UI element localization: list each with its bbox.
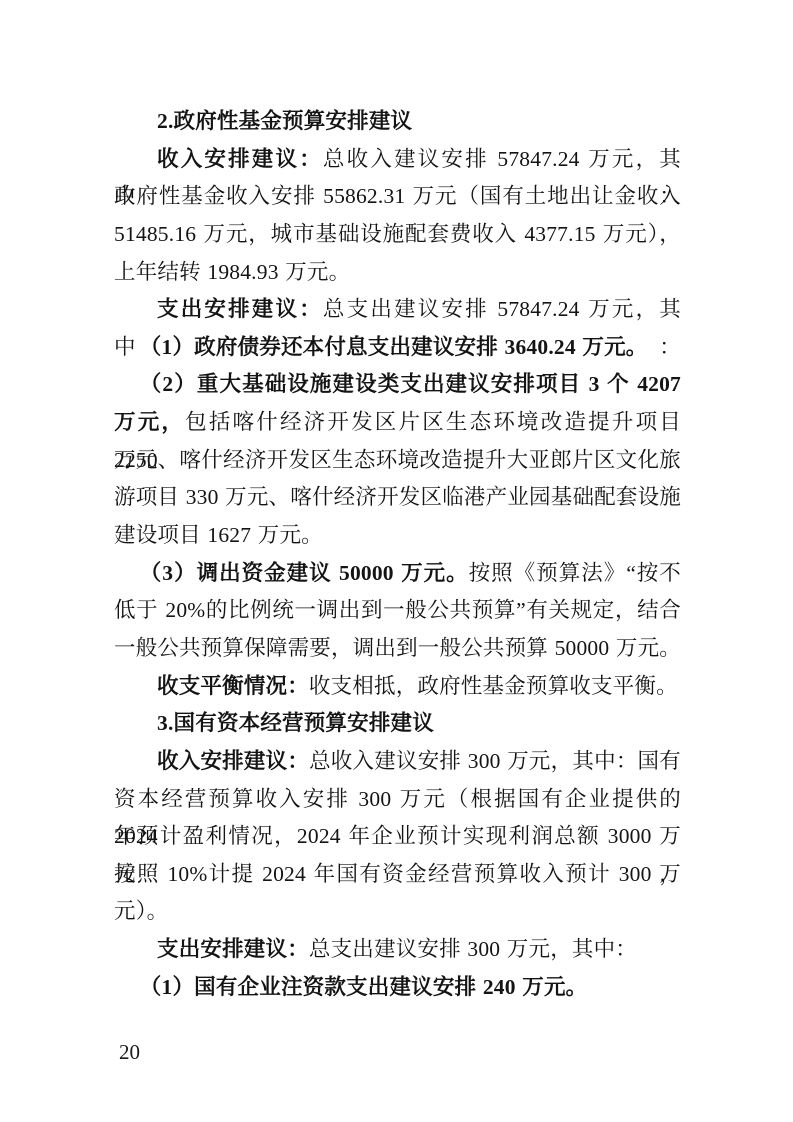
- document-text-block: 2.政府性基金预算安排建议收入安排建议：总收入建议安排 57847.24 万元，…: [114, 103, 681, 1006]
- text-line: 51485.16 万元，城市基础设施配套费收入 4377.15 万元），: [114, 216, 681, 254]
- text-line: 支出安排建议：总支出建议安排 57847.24 万元，其中：: [114, 291, 681, 329]
- text-segment: 万元、喀什经济开发区生态环境改造提升大亚郎片区文化旅: [114, 448, 681, 472]
- text-line: 按照 10%计提 2024 年国有资金经营预算收入预计 300 万: [114, 856, 681, 894]
- text-line: 支出安排建议：总支出建议安排 300 万元，其中：: [114, 931, 681, 969]
- text-segment: 一般公共预算保障需要，调出到一般公共预算 50000 万元。: [114, 636, 681, 660]
- text-segment: 政府性基金收入安排 55862.31 万元（国有土地出让金收入: [114, 184, 681, 208]
- text-segment-bold: （2）重大基础设施建设类支出建议安排项目 3 个 4207: [140, 372, 681, 396]
- text-segment-bold: 万元，: [114, 410, 185, 434]
- text-line: 建设项目 1627 万元。: [114, 517, 681, 555]
- text-line: （1）国有企业注资款支出建议安排 240 万元。: [114, 969, 681, 1007]
- text-line: （2）重大基础设施建设类支出建议安排项目 3 个 4207: [114, 366, 681, 404]
- text-line: 上年结转 1984.93 万元。: [114, 254, 681, 292]
- text-line: 收入安排建议：总收入建议安排 57847.24 万元，其中：: [114, 141, 681, 179]
- text-segment-bold: 3.国有资本经营预算安排建议: [157, 711, 434, 735]
- text-line: 3.国有资本经营预算安排建议: [114, 705, 681, 743]
- text-line: 资本经营预算收入安排 300 万元（根据国有企业提供的 2024: [114, 781, 681, 819]
- text-segment: 收支相抵，政府性基金预算收支平衡。: [309, 674, 678, 698]
- text-segment: 元）。: [114, 899, 168, 923]
- text-segment: 上年结转 1984.93 万元。: [114, 260, 350, 284]
- text-segment-bold: 收支平衡情况：: [157, 674, 309, 698]
- text-segment-bold: 2.政府性基金预算安排建议: [157, 109, 412, 133]
- text-line: 元）。: [114, 893, 681, 931]
- text-line: 万元，包括喀什经济开发区片区生态环境改造提升项目 2250: [114, 404, 681, 442]
- text-line: （3）调出资金建议 50000 万元。按照《预算法》“按不: [114, 555, 681, 593]
- text-segment: 游项目 330 万元、喀什经济开发区临港产业园基础配套设施: [114, 485, 681, 509]
- document-page: 2.政府性基金预算安排建议收入安排建议：总收入建议安排 57847.24 万元，…: [0, 0, 793, 1122]
- text-segment-bold: （3）调出资金建议 50000 万元。: [140, 561, 469, 585]
- text-line: 低于 20%的比例统一调出到一般公共预算”有关规定，结合: [114, 592, 681, 630]
- page-number: 20: [119, 1040, 140, 1065]
- text-line: 游项目 330 万元、喀什经济开发区临港产业园基础配套设施: [114, 479, 681, 517]
- text-segment-bold: （1）国有企业注资款支出建议安排 240 万元。: [140, 975, 588, 999]
- text-segment-bold: 支出安排建议：: [157, 937, 309, 961]
- text-segment: 建设项目 1627 万元。: [114, 523, 323, 547]
- text-segment: 按照 10%计提 2024 年国有资金经营预算收入预计 300 万: [114, 862, 681, 886]
- text-segment: 低于 20%的比例统一调出到一般公共预算”有关规定，结合: [114, 598, 681, 622]
- text-line: 万元、喀什经济开发区生态环境改造提升大亚郎片区文化旅: [114, 442, 681, 480]
- text-segment: 51485.16 万元，城市基础设施配套费收入 4377.15 万元），: [114, 222, 681, 246]
- text-line: 政府性基金收入安排 55862.31 万元（国有土地出让金收入: [114, 178, 681, 216]
- text-line: 一般公共预算保障需要，调出到一般公共预算 50000 万元。: [114, 630, 681, 668]
- text-segment-bold: （1）政府债券还本付息支出建议安排 3640.24 万元。: [140, 335, 648, 359]
- text-line: （1）政府债券还本付息支出建议安排 3640.24 万元。: [114, 329, 681, 367]
- text-line: 收入安排建议：总收入建议安排 300 万元，其中：国有: [114, 743, 681, 781]
- text-segment-bold: 支出安排建议：: [157, 297, 323, 321]
- text-segment-bold: 收入安排建议：: [157, 749, 309, 773]
- text-line: 收支平衡情况：收支相抵，政府性基金预算收支平衡。: [114, 668, 681, 706]
- text-line: 2.政府性基金预算安排建议: [114, 103, 681, 141]
- text-segment: 按照《预算法》“按不: [469, 561, 681, 585]
- text-line: 年预计盈利情况，2024 年企业预计实现利润总额 3000 万元，: [114, 818, 681, 856]
- text-segment: 总收入建议安排 300 万元，其中：国有: [309, 749, 681, 773]
- text-segment-bold: 收入安排建议：: [157, 147, 323, 171]
- text-segment: 总支出建议安排 300 万元，其中：: [309, 937, 637, 961]
